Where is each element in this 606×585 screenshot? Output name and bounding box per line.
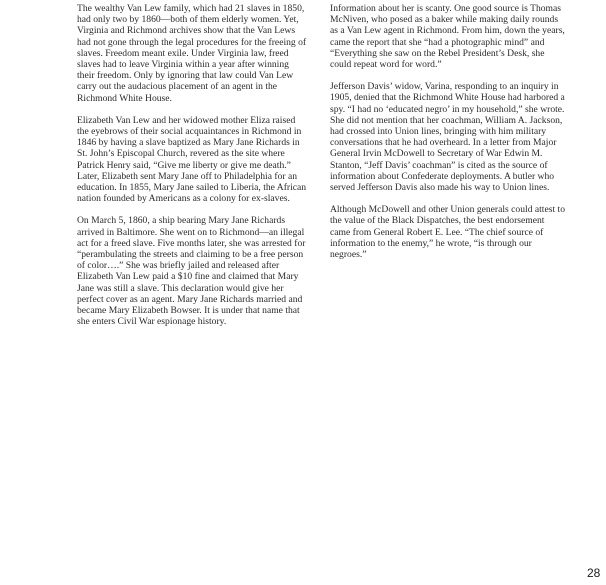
paragraph-lee-endorsement: Although McDowell and other Union genera…: [330, 204, 566, 260]
paragraph-information-scanty: Information about her is scanty. One goo…: [330, 3, 566, 70]
paragraph-baptism: Elizabeth Van Lew and her widowed mother…: [77, 115, 307, 205]
paragraph-varina-davis: Jefferson Davis’ widow, Varina, respondi…: [330, 81, 566, 193]
right-column: Information about her is scanty. One goo…: [330, 3, 566, 271]
paragraph-van-lew-family: The wealthy Van Lew family, which had 21…: [77, 3, 307, 104]
paragraph-arrival-baltimore: On March 5, 1860, a ship bearing Mary Ja…: [77, 215, 307, 327]
page-number: 28: [587, 566, 600, 580]
left-column: The wealthy Van Lew family, which had 21…: [77, 3, 307, 338]
